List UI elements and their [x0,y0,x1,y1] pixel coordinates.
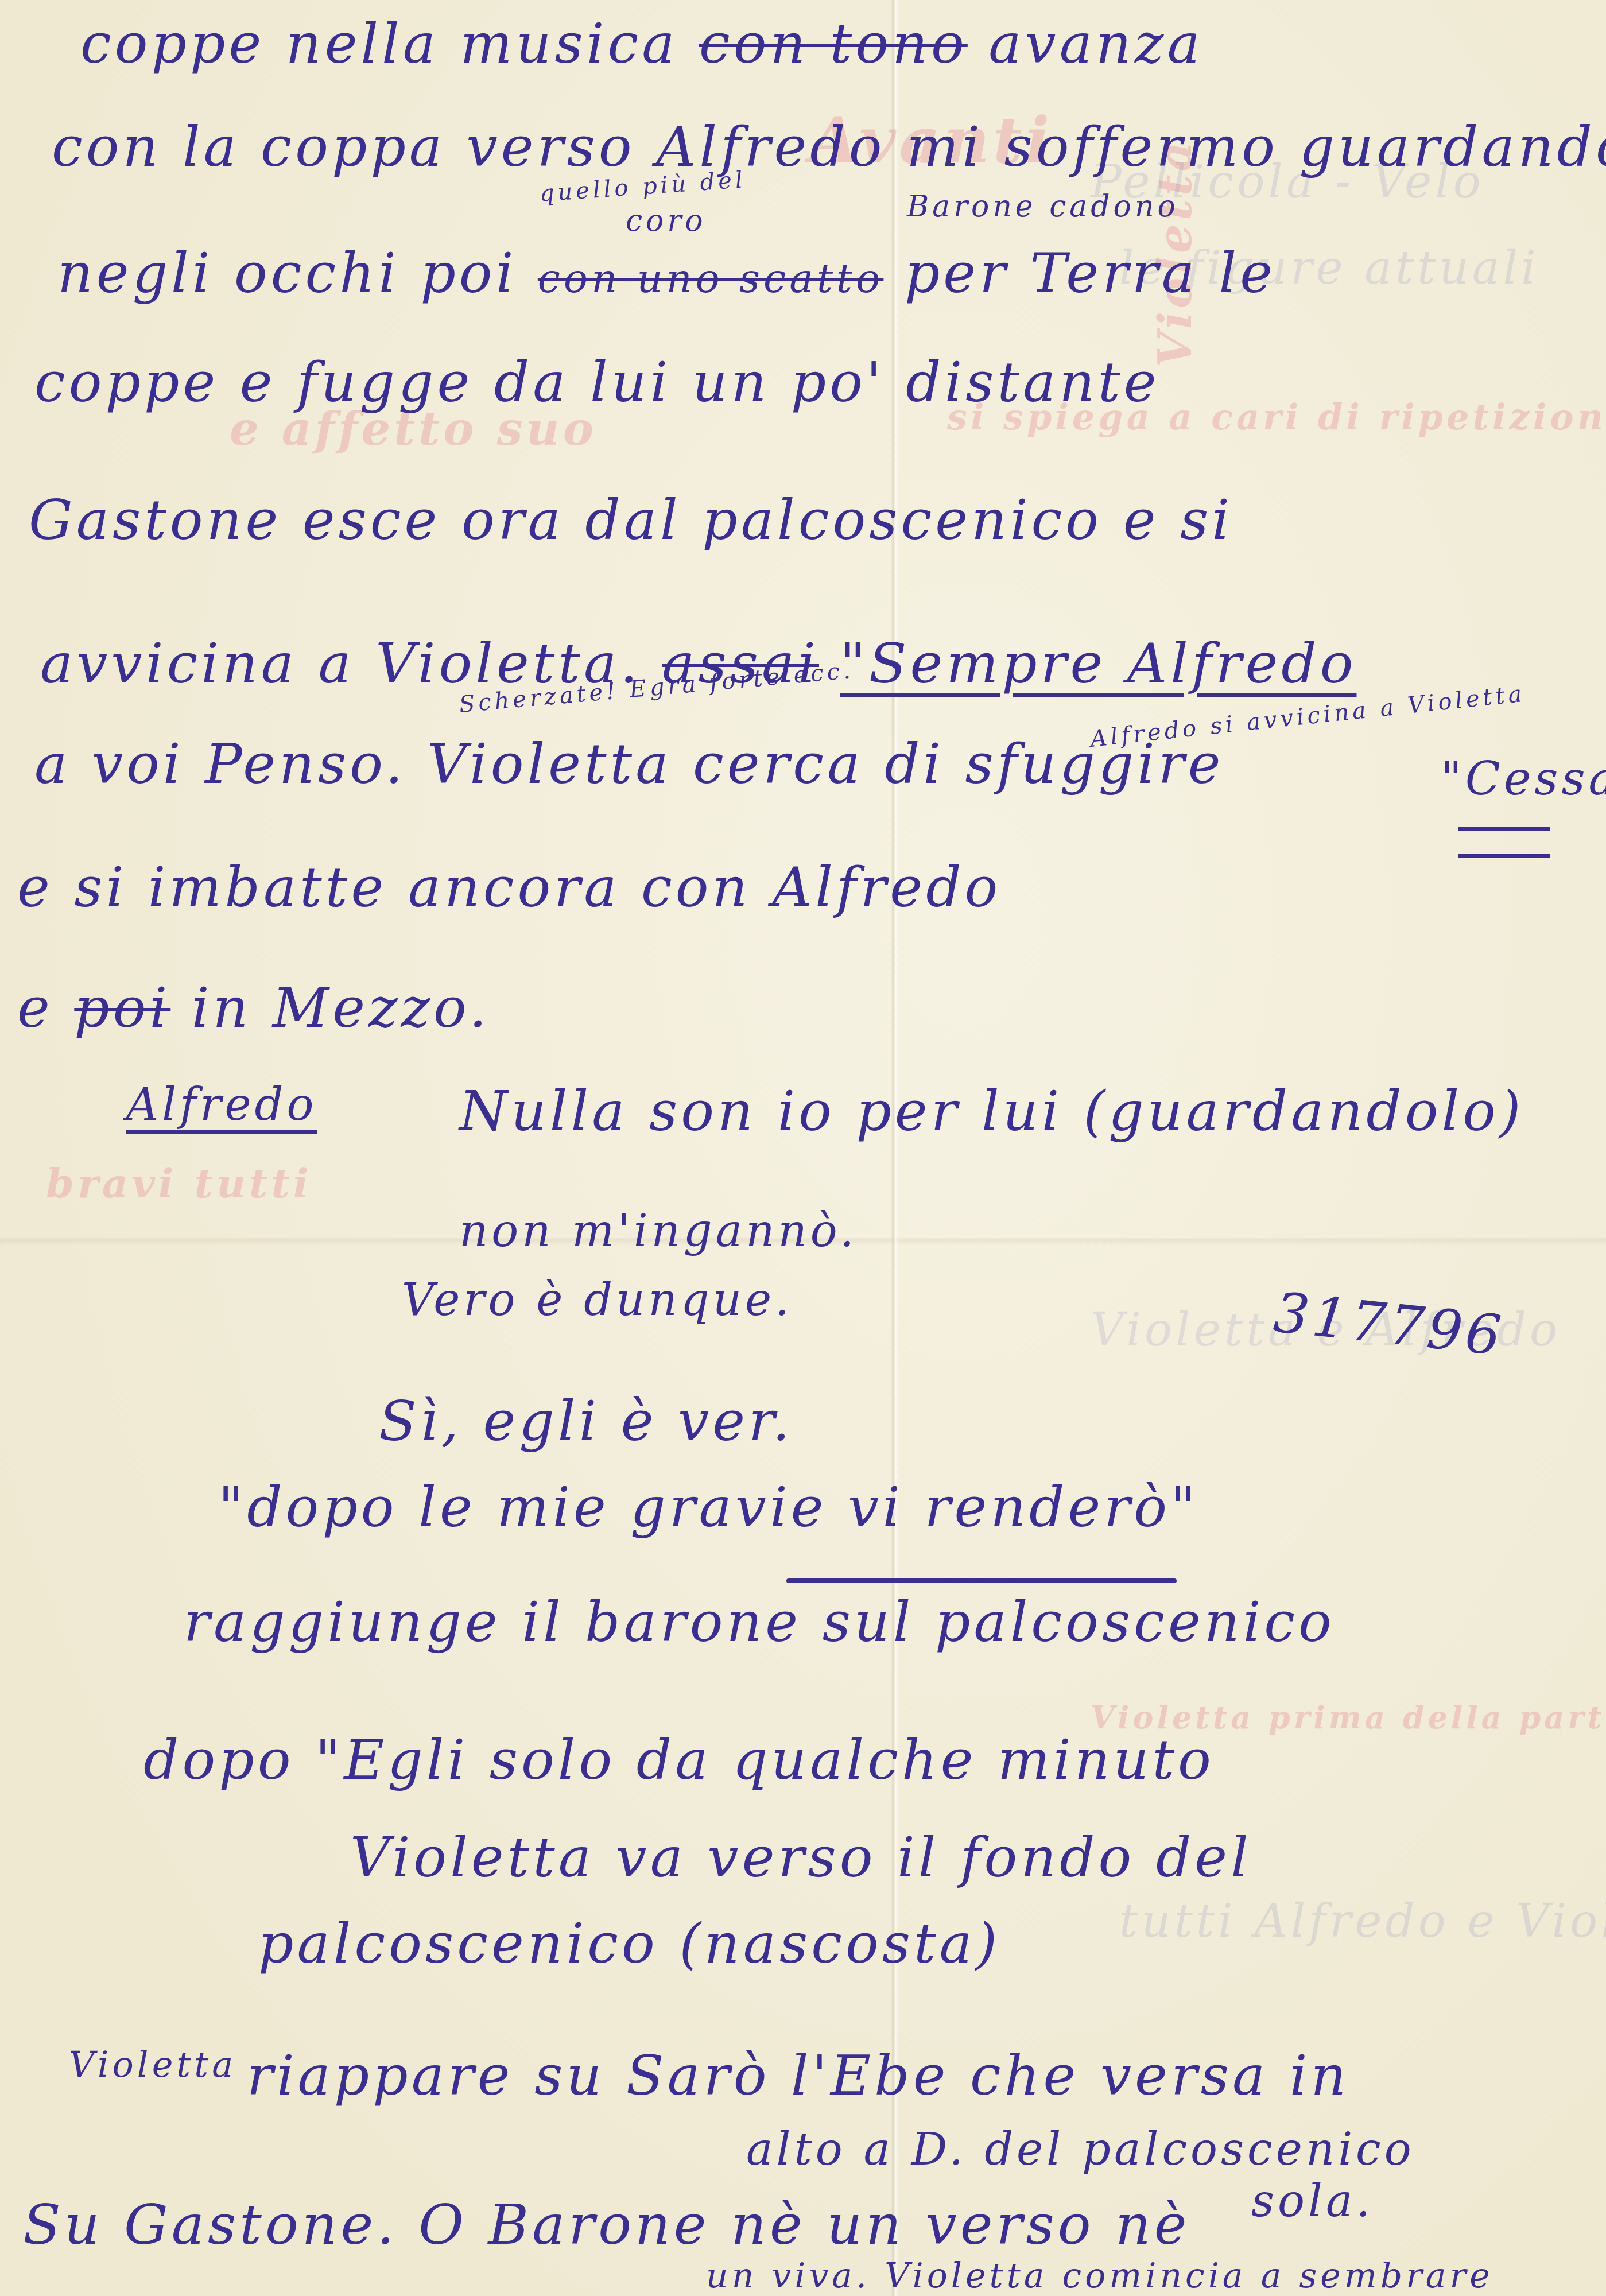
underlined-quote: "Sempre Alfredo [840,631,1357,696]
bleed-through-blue-4: tutti Alfredo e Violetta [1119,1894,1606,1948]
manuscript-line-21: riappare su Sarò l'Ebe che versa in [247,2043,1349,2108]
line-text-after: per Terra le [905,241,1276,305]
speaker-label-violetta: Violetta [69,2043,236,2085]
manuscript-line-24: Su Gastone. O Barone nè un verso nè [23,2193,1190,2257]
manuscript-line-23: sola. [1251,2175,1374,2227]
manuscript-line-25: un viva. Violetta comincia a sembrare [706,2256,1493,2296]
manuscript-line-5: coppe e fugge da lui un po' distante [34,350,1159,414]
manuscript-line-6: Gastone esce ora dal palcoscenico e si [29,488,1233,552]
manuscript-line-14: Vero è dunque. [402,1274,793,1326]
struck-text: con uno scatto [538,255,884,302]
manuscript-page: Avanti Pellicola - Velo le figure attual… [0,0,1606,2296]
manuscript-line-19: Violetta va verso il fondo del [350,1825,1252,1890]
manuscript-line-22: alto a D. del palcoscenico [746,2124,1415,2175]
manuscript-line-9: a voi Penso. Violetta cerca di sfuggire [34,732,1224,796]
manuscript-line-4: negli occhi poi con uno scatto per Terra… [57,241,1276,305]
manuscript-line-18: dopo "Egli solo da qualche minuto [143,1728,1215,1792]
cessate-quote: "Cessate [1441,752,1606,805]
line-text: negli occhi poi [57,241,517,305]
line-text: a voi Penso. Violetta cerca di sfuggire [34,732,1224,796]
manuscript-line-11: e poi in Mezzo. [17,976,490,1040]
line-text: e [17,976,53,1040]
manuscript-line-13: non m'ingannò. [459,1205,858,1257]
manuscript-line-12: Nulla son io per lui (guardandolo) [459,1079,1524,1143]
line-text-after: in Mezzo. [192,976,490,1040]
manuscript-line-10: e si imbatte ancora con Alfredo [17,855,1001,920]
manuscript-line-17: raggiunge il barone sul palcoscenico [184,1590,1335,1654]
interlinear-insert-3: Barone cadono [907,189,1179,224]
interlinear-insert-2: coro [626,204,707,238]
manuscript-line-15: Sì, egli è ver. [379,1389,793,1453]
struck-text: poi [74,976,170,1040]
line-text-after: avanza [988,11,1203,76]
manuscript-line-16: "dopo le mie gravie vi renderò" [218,1475,1199,1539]
struck-text: con tono [699,11,968,76]
manuscript-line-1: coppe nella musica con tono avanza [80,11,1204,76]
line-text: coppe nella musica [80,11,678,76]
manuscript-line-20: palcoscenico (nascosta) [258,1911,1000,1976]
manuscript-line-2: con la coppa verso Alfredo mi soffermo g… [52,115,1606,179]
speaker-label-alfredo: Alfredo [126,1079,317,1131]
double-underline [1458,827,1550,858]
bleed-through-red-5: bravi tutti [46,1159,312,1207]
underline-stroke [786,1578,1177,1583]
